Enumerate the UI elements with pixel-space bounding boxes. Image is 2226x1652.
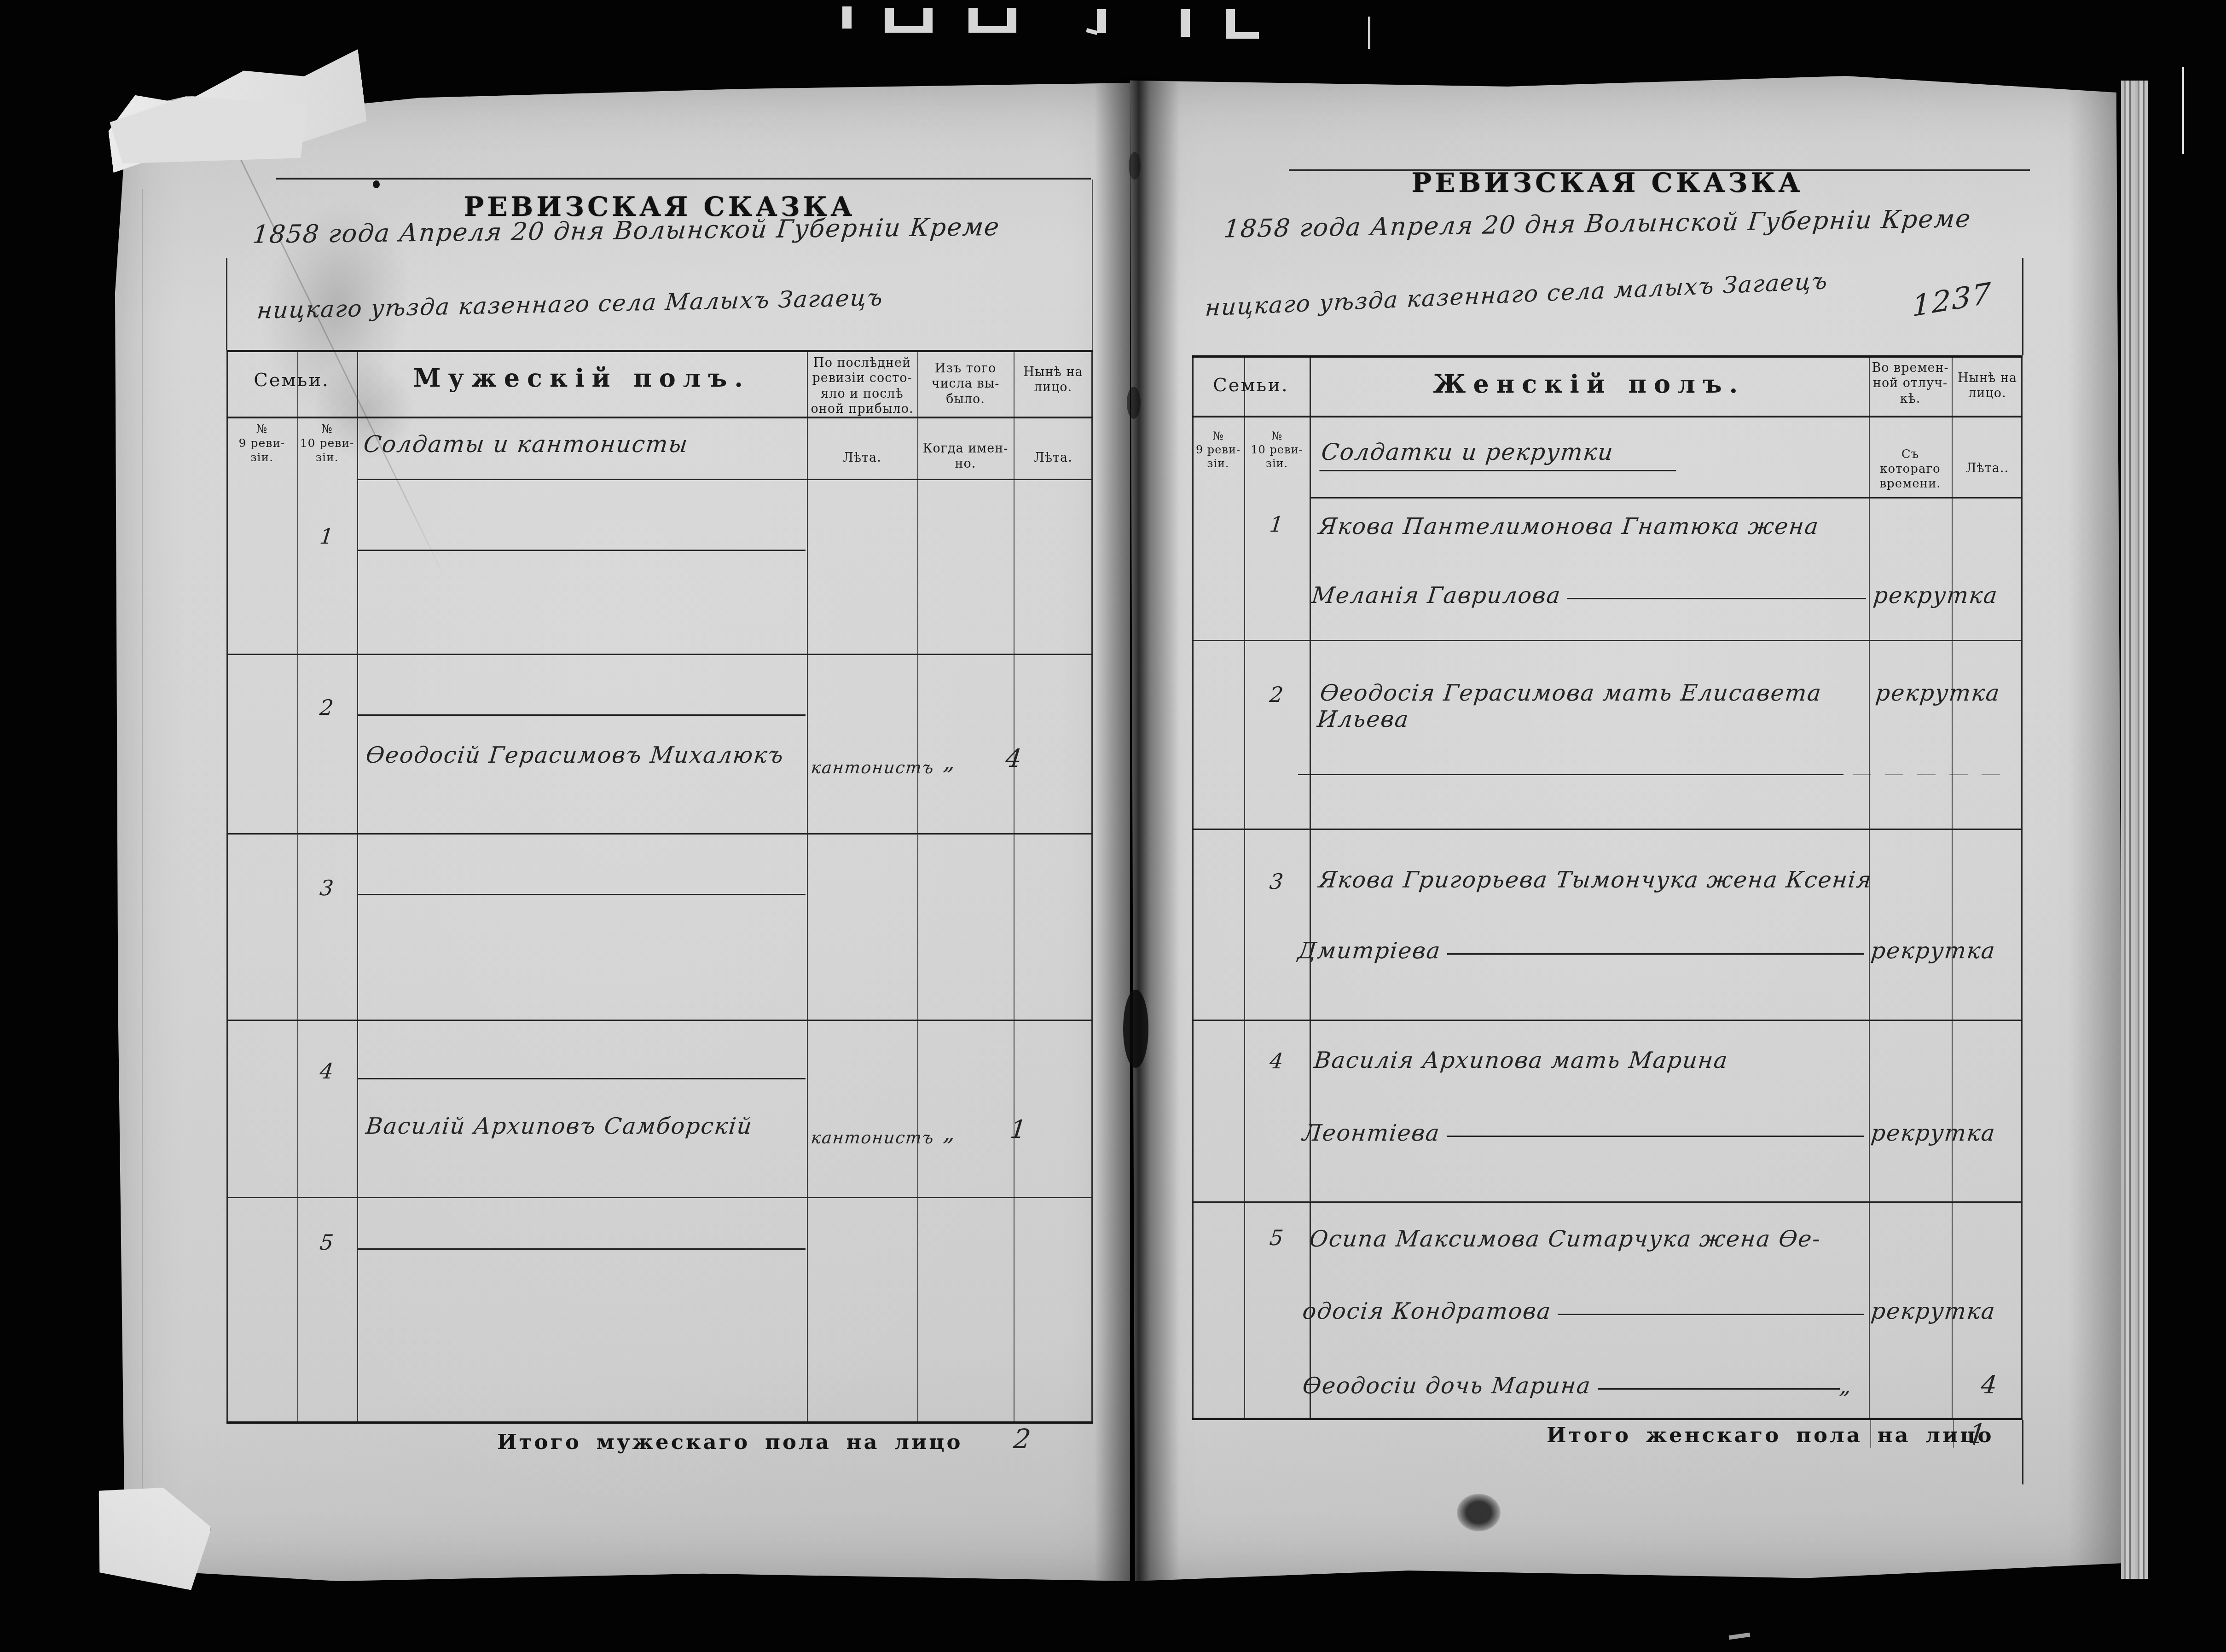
person-status: кантонистъ (810, 1129, 918, 1148)
total-value: 1 (1967, 1418, 1988, 1449)
place-line-handwritten: ницкаго уѣзда казеннаго села малыхъ Зага… (1204, 265, 1899, 321)
person-status: рекрутка (1870, 938, 1997, 964)
column-header-family: Семьи. (226, 369, 357, 392)
scratch-mark (2182, 67, 2184, 154)
pin-hole (373, 180, 380, 188)
header-left-rule (226, 258, 227, 350)
column-header-revision10: № 10 реви- зіи. (297, 422, 357, 464)
column-header-age: Лѣта. (1015, 450, 1091, 465)
column-header-last-revision: По послѣдней ревизіи состо- яло и послѣ … (808, 355, 916, 417)
entry-line: Ѳеодосія Герасимова мать Елисавета Ильев… (1319, 680, 2000, 732)
age-value: 4 (1004, 744, 1024, 773)
entry-line: Якова Пантелимонова Гнатюка жена (1317, 513, 1820, 539)
entry-line: Ѳеодосіи дочь Марина „ 4 (1303, 1370, 1998, 1399)
row-number: 5 (296, 1230, 358, 1255)
row-number: 2 (1243, 682, 1311, 707)
person-status: рекрутка (1874, 680, 2001, 706)
column-header-departed: Изъ того числа вы- было. (919, 361, 1012, 407)
page-edge-crease (142, 189, 143, 1551)
person-status: рекрутка (1870, 1120, 1997, 1146)
column-header-since-when: Съ котораго времени. (1869, 447, 1951, 492)
entry-line: Осипа Максимова Ситарчука жена Ѳе- (1308, 1226, 1822, 1252)
row-number: 1 (1243, 512, 1311, 537)
age-value: 1 (1009, 1115, 1029, 1144)
counter-digit-1 (1181, 9, 1190, 37)
category-handwritten: Солдаты и кантонисты (362, 431, 807, 458)
column-header-present: Нынѣ на лицо. (1952, 371, 2023, 401)
film-frame-counter (829, 0, 1418, 46)
ink-blot (1457, 1494, 1501, 1531)
name-blank-line (358, 1248, 806, 1250)
ditto-mark: „ (1838, 1373, 1854, 1399)
entry-line: одосія Кондратова рекрутка (1303, 1298, 1995, 1324)
left-page: РЕВИЗСКАЯ СКАЗКА 1858 года Апреля 20 дня… (115, 83, 1130, 1581)
fill-line (1567, 598, 1866, 599)
binding-ink-blob (1129, 152, 1141, 180)
person-name: Ѳеодосіи дочь Марина (1301, 1373, 1599, 1399)
name-blank-line (358, 714, 806, 716)
scratch-mark (1729, 1633, 1751, 1640)
person-name: Леонтіева (1301, 1120, 1448, 1146)
column-header-revision9: № 9 реви- зіи. (1192, 429, 1244, 470)
binding-ink-blob (1123, 990, 1148, 1068)
column-header-revision9: № 9 реви- зіи. (226, 422, 297, 464)
page-stack-edge (2121, 81, 2148, 1579)
row-number: 2 (296, 695, 358, 720)
binding-ink-blob (1127, 387, 1141, 419)
entry-line: Дмитріева рекрутка (1298, 938, 1995, 964)
category-text: Солдатки и рекрутки (1319, 439, 1680, 471)
row-number: 5 (1243, 1225, 1311, 1250)
page-title: РЕВИЗСКАЯ СКАЗКА (1192, 167, 2023, 198)
column-header-female-sex: Женскій полъ. (1310, 369, 1869, 400)
fill-line (1598, 1388, 1840, 1390)
right-page: РЕВИЗСКАЯ СКАЗКА 1858 года Апреля 20 дня… (1130, 76, 2124, 1581)
person-status: рекрутка (1870, 1298, 1997, 1324)
column-header-male-sex: Мужескій полъ. (357, 363, 807, 394)
fill-line-faint (1853, 774, 2014, 775)
entry-line: Леонтіева рекрутка (1303, 1120, 1995, 1146)
row-number: 3 (296, 875, 358, 900)
total-label: Итого женскаго пола на лицо (1547, 1423, 1994, 1447)
person-name: Василій Архиповъ Самборскій (365, 1113, 754, 1139)
counter-digit-1 (842, 6, 852, 29)
column-header-present: Нынѣ на лицо. (1015, 365, 1091, 395)
total-label: Итого мужескаго пола на лицо (497, 1430, 963, 1454)
row-number: 4 (1243, 1049, 1311, 1073)
entry-line: Меланія Гаврилова рекрутка (1312, 582, 1998, 609)
person-name: Меланія Гаврилова (1310, 582, 1569, 609)
column-header-when-exactly: Когда имен- но. (919, 441, 1012, 472)
counter-digit-2 (1226, 9, 1259, 39)
scanned-revision-list-photo: РЕВИЗСКАЯ СКАЗКА 1858 года Апреля 20 дня… (0, 0, 2226, 1652)
date-line-handwritten: 1858 года Апреля 20 дня Волынской Губерн… (1223, 203, 2055, 243)
person-name: Дмитріева (1297, 938, 1449, 964)
column-rule-stub (2022, 1420, 2023, 1484)
row-number: 4 (296, 1059, 358, 1084)
column-header-age: Лѣта. (808, 450, 916, 465)
person-status: рекрутка (1872, 582, 1999, 609)
name-blank-line (358, 1078, 806, 1079)
fill-line (1447, 1136, 1864, 1137)
column-header-absence: Во времен- ной отлуч- кѣ. (1869, 360, 1951, 406)
folio-number-handwritten: 1237 (1912, 277, 1992, 324)
column-header-revision10: № 10 реви- зіи. (1244, 429, 1310, 470)
person-status: кантонистъ (810, 759, 918, 777)
page-inner-shadow (2069, 76, 2124, 1581)
fill-line (1447, 953, 1863, 955)
age-value: 4 (1979, 1370, 1999, 1399)
person-name: Ѳеодосія Герасимова мать Елисавета Ильев… (1316, 680, 1859, 732)
header-right-rule (2022, 258, 2023, 355)
fill-line (1558, 1314, 1863, 1315)
person-name: одосія Кондратова (1301, 1298, 1559, 1324)
column-header-family: Семьи. (1192, 374, 1310, 397)
name-blank-line (358, 894, 806, 895)
row-number: 3 (1243, 869, 1311, 894)
person-name: Ѳеодосій Герасимовъ Михалюкъ (365, 742, 785, 768)
header-top-rule (276, 178, 1091, 180)
fill-line (1298, 774, 1843, 775)
counter-digit-0 (968, 8, 1016, 33)
category-handwritten: Солдатки и рекрутки (1321, 439, 1864, 471)
counter-digit-0 (885, 8, 933, 33)
column-header-age: Лѣта.. (1952, 461, 2023, 476)
row-number: 1 (296, 524, 358, 549)
film-mark (1368, 17, 1370, 49)
counter-digit-7 (1097, 9, 1106, 33)
name-blank-line (358, 550, 806, 551)
counter-digit-7-foot (1086, 28, 1098, 35)
entry-line: Василія Архипова мать Марина (1313, 1047, 1730, 1073)
entry-line: Якова Григорьева Тымончука жена Ксенія (1317, 867, 1873, 893)
total-value: 2 (1012, 1423, 1033, 1455)
